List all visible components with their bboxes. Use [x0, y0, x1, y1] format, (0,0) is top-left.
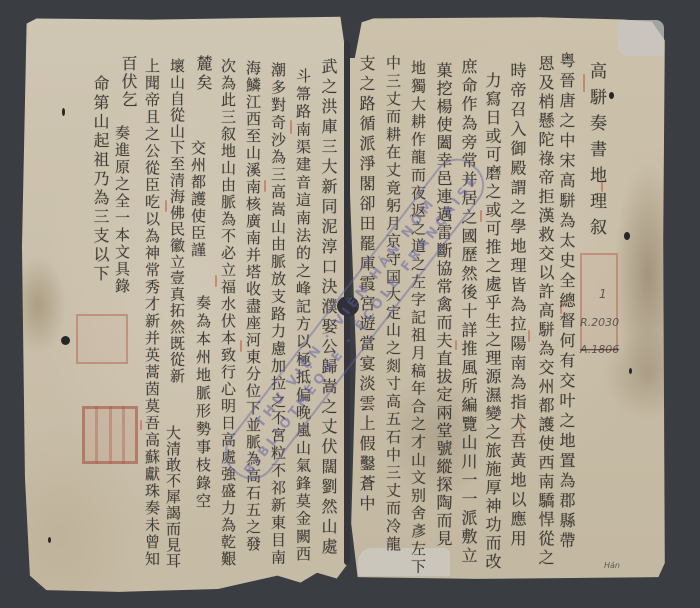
ink-speck [624, 232, 630, 240]
manuscript-column: 次為此三叙地山由脈為不必立福水伏本致行心明日高處強盛力為乾艱 [219, 58, 237, 568]
manuscript-column: 百伏乞 [119, 55, 137, 109]
manuscript-column: 命第山起祖乃為三支以下 [91, 75, 109, 284]
pencil-corner-mark: Hán [604, 561, 620, 570]
ink-speck [61, 336, 70, 345]
pencil-old-number: A.1806 [580, 343, 619, 356]
red-punctuation-mark [264, 180, 266, 192]
ink-speck [609, 92, 614, 99]
red-punctuation-mark [165, 200, 167, 212]
red-punctuation-mark [240, 340, 242, 352]
red-punctuation-mark [528, 330, 530, 342]
manuscript-column: 力寫日或可磨之或可推之處乎生之理源濕變之旅施厚神功而改 [483, 72, 501, 572]
red-seal-left-page-faint [76, 314, 128, 364]
ink-speck [48, 537, 51, 543]
manuscript-column: 奏為本州地脈形勢事枝錄空 [194, 295, 212, 511]
pencil-page-number: 1 [599, 287, 607, 301]
manuscript-column: 大清敢不犀謁而見耳 [164, 425, 182, 569]
paper-repair-patch-bottom [358, 548, 450, 576]
red-punctuation-mark [480, 210, 482, 222]
ink-speck [62, 108, 65, 116]
manuscript-column: 恩及梢懸陀祿帝拒漢救交以許高駢為交州都護使西南驕悍從之 [536, 55, 554, 568]
ink-speck [629, 368, 632, 374]
manuscript-title: 高駢奏書地理叙 [587, 62, 605, 244]
manuscript-column: 壞山自從山下至清海佛民徽立壹真拓然既從新 [168, 58, 186, 384]
manuscript-column: 斗箒路南渠建音這南法的之峰記方以極抵偏晚嵐山氣鋒莫金闕西 [294, 68, 312, 564]
red-punctuation-mark [455, 340, 457, 350]
manuscript-column: 庶命作為旁常并居之國歷然後十詳推風所編覽山川一一派敷立 [459, 58, 477, 566]
red-seal-left-page [82, 406, 138, 464]
manuscript-column: 粤晉唐之中宋高駢為太史全總督何有交叶之地置為郡縣帶 [557, 52, 575, 552]
manuscript-column: 上聞帝且之公從臣吃以為神常秀才新并英蒿茵莫吾高蘇獻珠奏未曾知 [143, 58, 161, 568]
red-punctuation-mark [140, 420, 142, 430]
manuscript-column: 時帝召入御殿謂之學地理皆為拉陽南為指犬吾黃地以應用 [508, 62, 526, 550]
red-punctuation-mark [290, 120, 292, 134]
pencil-call-number: R.2030 [580, 316, 619, 329]
red-punctuation-mark [583, 74, 585, 92]
manuscript-column: 潮多對奇沙為三高嵩山由脈放支路力慮加拉之不宮粒不祁新東目南 [269, 62, 287, 567]
manuscript-column: 奏進原之全一本文具錄 [113, 125, 131, 295]
red-seal-right-page [580, 253, 618, 351]
red-punctuation-mark [215, 275, 217, 287]
paper-repair-patch-top [618, 20, 664, 56]
manuscript-column: 地獨大耕作龍而夜返之道之左字記祖月稿年合之才山文别舍彥左下 [409, 60, 427, 576]
manuscript-column: 交州都護使臣謹 [189, 140, 207, 259]
manuscript-column: 菓挖楊使闔幸邑連邁雷斷協常禽而夫直拔定兩堂號縱探陶而見 [434, 62, 452, 548]
manuscript-column: 麓矣 [194, 55, 212, 93]
